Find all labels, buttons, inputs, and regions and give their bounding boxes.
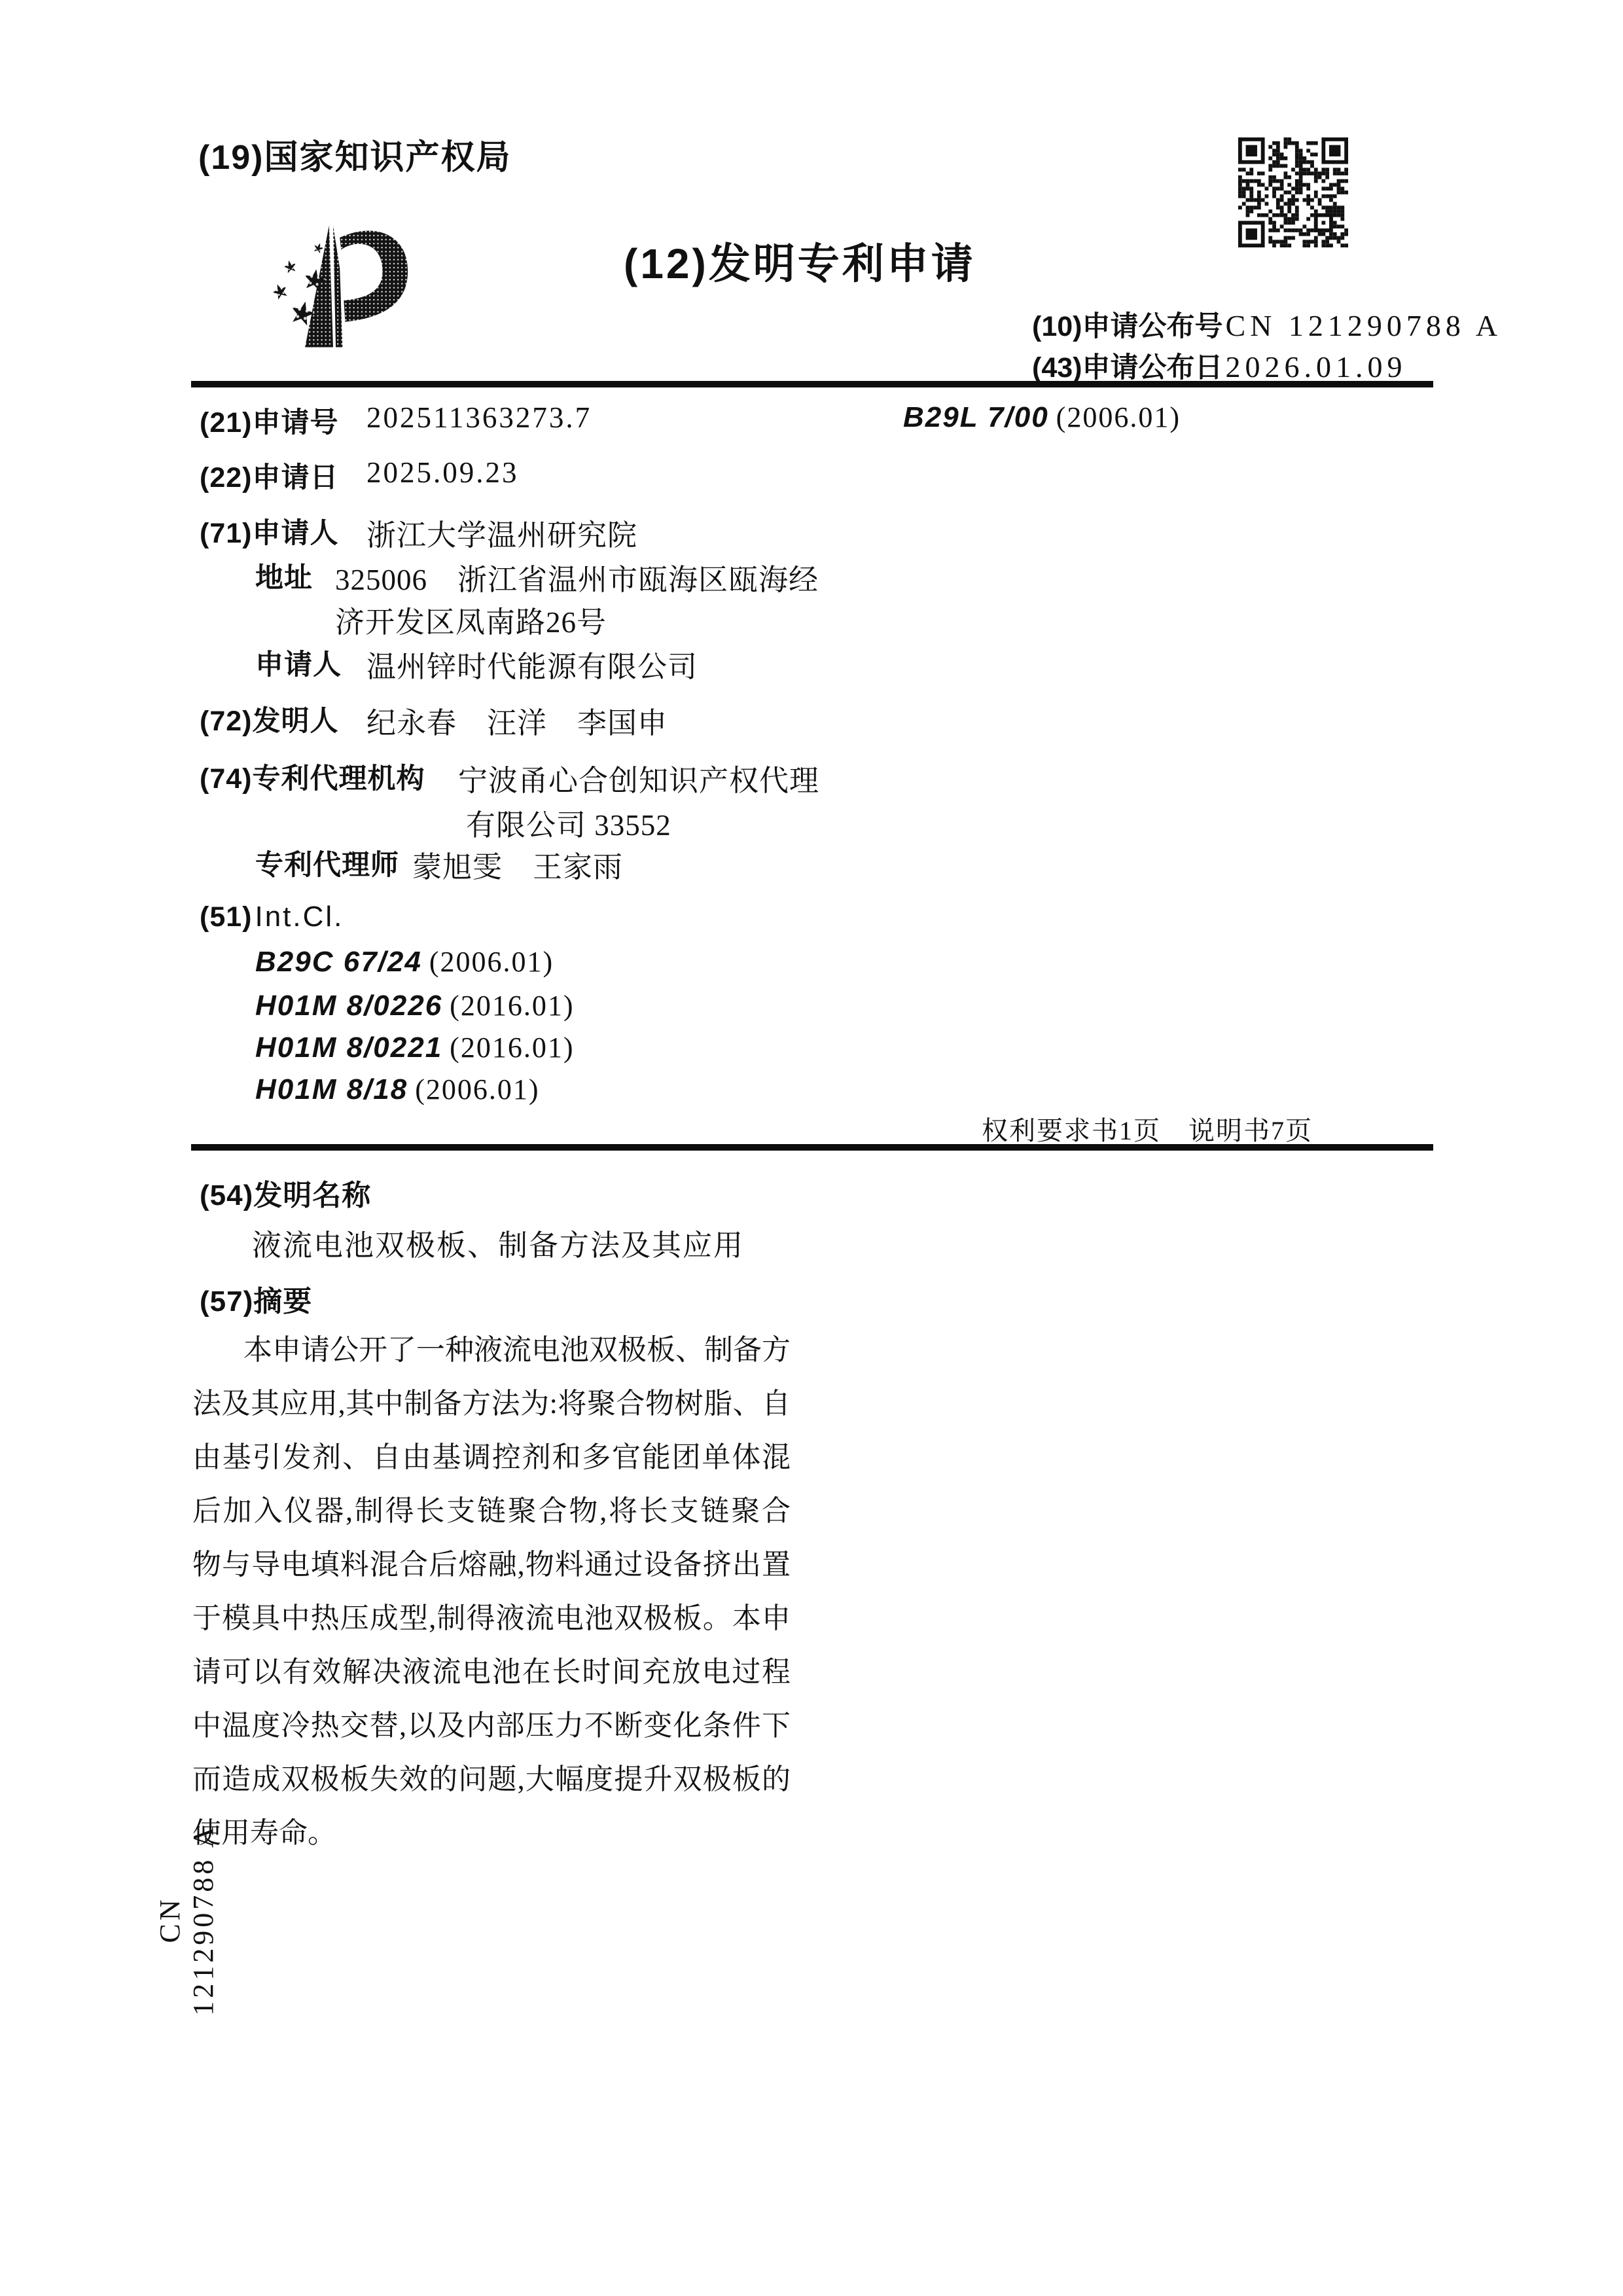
- ipc-year: (2006.01): [415, 1073, 539, 1105]
- office-name: (19)国家知识产权局: [198, 130, 511, 179]
- field-51-row: (51) Int.Cl.: [200, 901, 344, 933]
- field-74-label: (74)专利代理机构: [200, 757, 425, 797]
- abstract-line: 中温度冷热交替,以及内部压力不断变化条件下: [192, 1699, 791, 1753]
- pub-number-label: (10)申请公布号: [1032, 311, 1222, 342]
- field-74-value-line1: 宁波甬心合创知识产权代理: [458, 757, 819, 799]
- address-value-line1: 325006 浙江省温州市瓯海区瓯海经: [335, 556, 819, 598]
- field-72-label: (72)发明人: [200, 699, 338, 739]
- pub-date-row: (43)申请公布日 2026.01.09: [1032, 346, 1406, 386]
- abstract-line: 使用寿命。: [192, 1806, 791, 1860]
- field-22-value: 2025.09.23: [366, 456, 519, 490]
- applicant2-label: 申请人: [255, 643, 342, 683]
- abstract-line: 物与导电填料混合后熔融,物料通过设备挤出置: [192, 1538, 791, 1592]
- address-value-line2: 济开发区凤南路26号: [335, 598, 607, 641]
- field-51-text: Int.Cl.: [255, 901, 344, 933]
- abstract-line: 请可以有效解决液流电池在长时间充放电过程: [192, 1645, 791, 1699]
- ipc-code: H01M 8/0221: [255, 1031, 442, 1064]
- ipc-year: (2016.01): [450, 990, 574, 1022]
- field-74-value-line2: 有限公司 33552: [466, 801, 671, 844]
- ipc-code-row: B29C 67/24 (2006.01): [255, 945, 554, 978]
- doc-type-title: (12)发明专利申请: [624, 230, 976, 291]
- pub-date-label: (43)申请公布日: [1032, 352, 1222, 384]
- pages-note: 权利要求书1页 说明书7页: [982, 1110, 1313, 1147]
- ipc-code-row: H01M 8/18 (2006.01): [255, 1073, 540, 1106]
- abstract-line: 法及其应用,其中制备方法为:将聚合物树脂、自: [192, 1377, 791, 1431]
- field-72-value: 纪永春 汪洋 李国申: [366, 699, 668, 742]
- section-divider-rule: [191, 1144, 1433, 1151]
- agent-value: 蒙旭雯 王家雨: [412, 843, 623, 886]
- field-71-label: (71)申请人: [200, 511, 338, 551]
- abstract-line: 后加入仪器,制得长支链聚合物,将长支链聚合: [192, 1484, 791, 1538]
- header-divider-rule: [191, 381, 1433, 387]
- ipc-code-row: H01M 8/0226 (2016.01): [255, 989, 574, 1022]
- pub-number-row: (10)申请公布号 CN 121290788 A: [1032, 304, 1502, 344]
- field-22-label: (22)申请日: [200, 456, 338, 495]
- side-publication-number: CN 121290788 A: [153, 1821, 183, 2018]
- ipc-year: (2006.01): [429, 946, 554, 978]
- ipc-code-row: H01M 8/0221 (2016.01): [255, 1031, 574, 1064]
- ipc-year: (2006.01): [1056, 401, 1181, 433]
- address-label: 地址: [255, 556, 313, 596]
- ipc-code: B29C 67/24: [255, 946, 422, 978]
- invention-title: 液流电池双极板、制备方法及其应用: [252, 1221, 744, 1264]
- ipc-code: H01M 8/18: [255, 1073, 408, 1105]
- field-51-label: (51): [200, 901, 252, 933]
- abstract-line: 于模具中热压成型,制得液流电池双极板。本申: [192, 1592, 791, 1645]
- invention-name-label: (54)发明名称: [200, 1172, 371, 1213]
- patent-front-page: (19)国家知识产权局 (12)发明专利: [0, 0, 1623, 2296]
- abstract-text: 本申请公开了一种液流电池双极板、制备方 法及其应用,其中制备方法为:将聚合物树脂…: [192, 1323, 791, 1860]
- ipc-code: B29L 7/00: [903, 401, 1049, 433]
- abstract-line: 而造成双极板失效的问题,大幅度提升双极板的: [192, 1753, 791, 1806]
- abstract-line: 本申请公开了一种液流电池双极板、制备方: [192, 1323, 791, 1377]
- field-71-value: 浙江大学温州研究院: [366, 511, 637, 554]
- applicant2-value: 温州锌时代能源有限公司: [366, 643, 698, 685]
- ipc-code: H01M 8/0226: [255, 990, 442, 1022]
- agent-label: 专利代理师: [255, 843, 399, 883]
- ipc-year: (2016.01): [450, 1031, 574, 1064]
- pub-date-value: 2026.01.09: [1225, 350, 1406, 384]
- cnipa-logo-icon: [272, 221, 425, 349]
- abstract-line: 由基引发剂、自由基调控剂和多官能团单体混合: [192, 1431, 791, 1484]
- qr-code-icon: [1238, 137, 1348, 247]
- abstract-label: (57)摘要: [200, 1278, 312, 1319]
- ipc-right-row: B29L 7/00 (2006.01): [903, 401, 1181, 434]
- field-21-label: (21)申请号: [200, 401, 338, 440]
- pub-number-value: CN 121290788 A: [1225, 309, 1502, 342]
- field-21-value: 202511363273.7: [366, 401, 592, 435]
